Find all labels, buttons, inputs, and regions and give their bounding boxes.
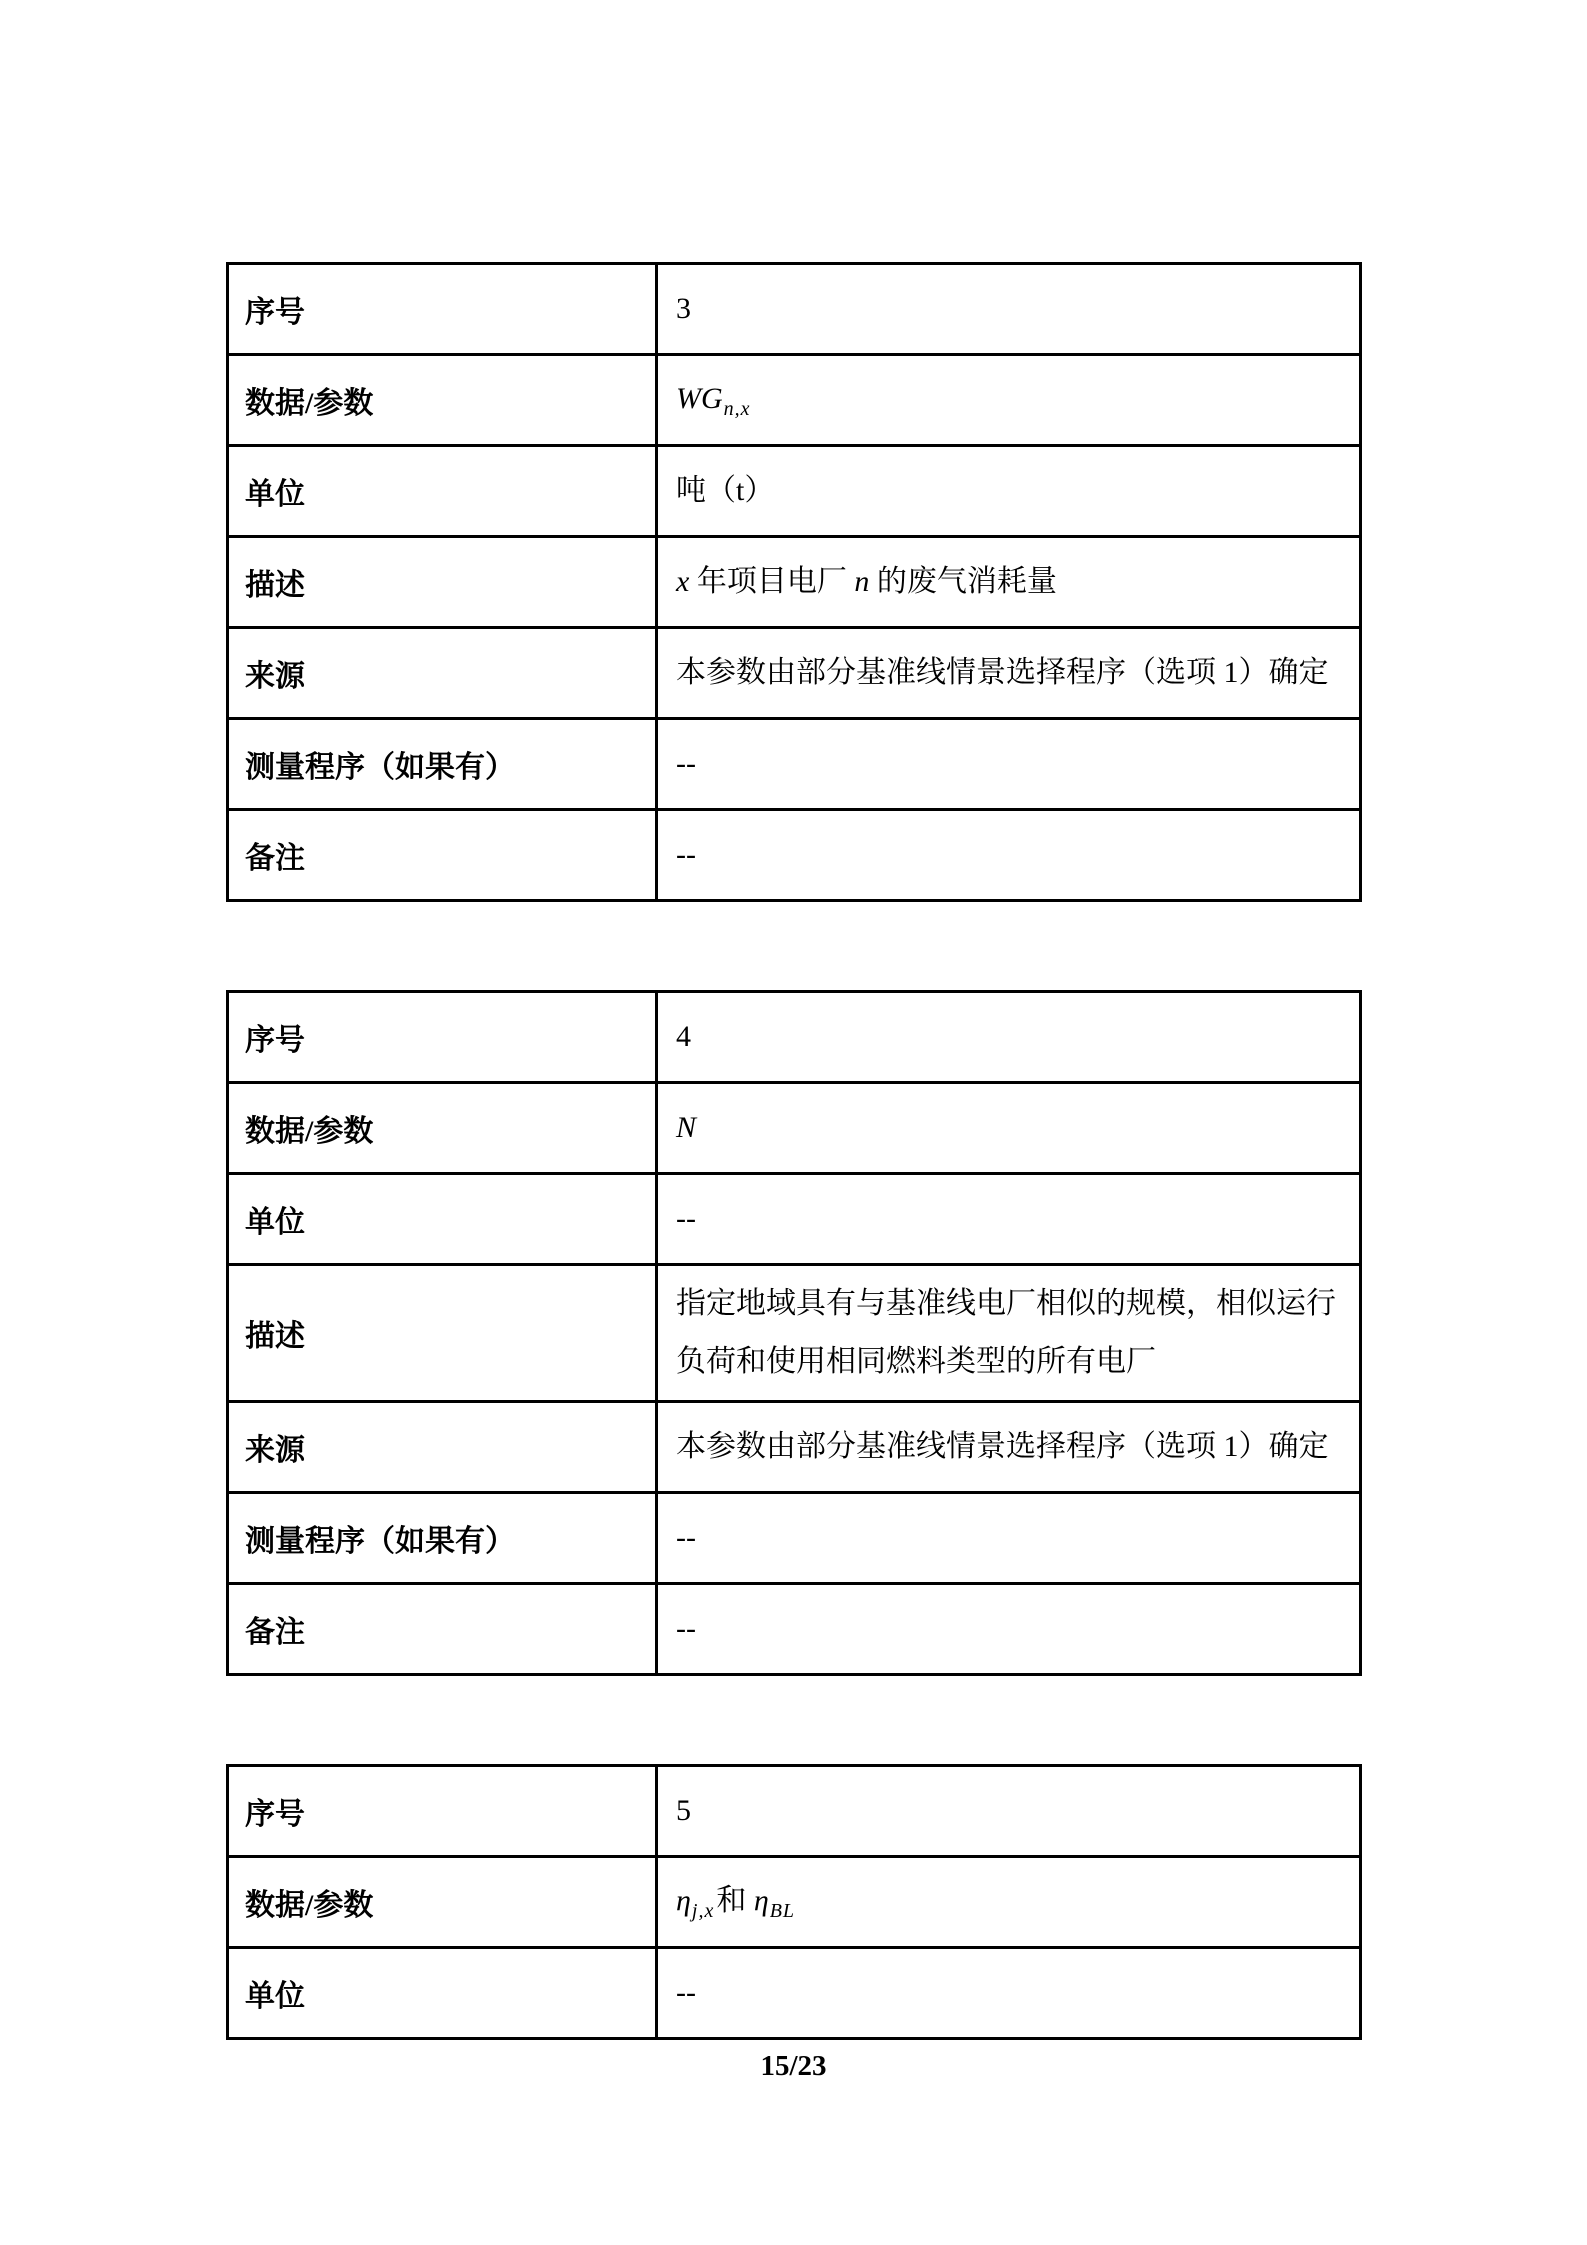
row-label: 来源 [228,1402,657,1493]
row-label: 来源 [228,628,657,719]
formula-variable: η [676,1884,691,1917]
table-row: 数据/参数WGn,x [228,355,1361,446]
page-number: 15/23 [0,2050,1587,2083]
document-page: 序号3数据/参数WGn,x单位吨（t）描述x 年项目电厂 n 的废气消耗量来源本… [0,0,1587,2245]
formula-variable: WG [676,382,723,415]
row-value: 5 [657,1766,1361,1857]
value-text: 吨（t） [676,474,774,507]
row-label: 序号 [228,1766,657,1857]
table-row: 单位-- [228,1174,1361,1265]
table-row: 测量程序（如果有）-- [228,719,1361,810]
table-row: 数据/参数ηj,x和 ηBL [228,1857,1361,1948]
table-row: 描述x 年项目电厂 n 的废气消耗量 [228,537,1361,628]
row-label: 序号 [228,992,657,1083]
value-text: 年项目电厂 [689,565,854,598]
value-text: 的废气消耗量 [869,565,1057,598]
row-value: 本参数由部分基准线情景选择程序（选项 1）确定 [657,1402,1361,1493]
value-text: -- [676,1612,696,1645]
row-value: 本参数由部分基准线情景选择程序（选项 1）确定 [657,628,1361,719]
value-text: 本参数由部分基准线情景选择程序（选项 1）确定 [676,1430,1329,1463]
value-text: 指定地域具有与基准线电厂相似的规模，相似运行负荷和使用相同燃料类型的所有电厂 [676,1287,1336,1378]
formula-variable: x [676,565,689,598]
table-row: 备注-- [228,810,1361,901]
formula-variable: n [854,565,869,598]
table-row: 备注-- [228,1584,1361,1675]
row-label: 描述 [228,1265,657,1402]
table-row: 来源本参数由部分基准线情景选择程序（选项 1）确定 [228,628,1361,719]
row-value: N [657,1083,1361,1174]
table-row: 序号5 [228,1766,1361,1857]
row-label: 备注 [228,1584,657,1675]
row-label: 数据/参数 [228,1083,657,1174]
table-row: 数据/参数N [228,1083,1361,1174]
row-value: -- [657,810,1361,901]
value-text: 本参数由部分基准线情景选择程序（选项 1）确定 [676,656,1329,689]
row-value: 4 [657,992,1361,1083]
row-label: 测量程序（如果有） [228,1493,657,1584]
value-text: 3 [676,292,691,325]
table-row: 测量程序（如果有）-- [228,1493,1361,1584]
value-text: -- [676,1521,696,1554]
row-label: 描述 [228,537,657,628]
value-text: 5 [676,1794,691,1827]
value-text: -- [676,838,696,871]
value-text: -- [676,1202,696,1235]
value-text: 和 [716,1884,754,1917]
row-label: 数据/参数 [228,1857,657,1948]
formula-subscript: BL [770,1900,795,1922]
row-value: -- [657,1174,1361,1265]
parameter-table-4: 序号4数据/参数N单位--描述指定地域具有与基准线电厂相似的规模，相似运行负荷和… [226,990,1362,1676]
row-value: WGn,x [657,355,1361,446]
row-value: -- [657,1493,1361,1584]
row-value: 3 [657,264,1361,355]
value-text: 4 [676,1020,691,1053]
formula-subscript: j,x [692,1900,714,1922]
parameter-table-3: 序号3数据/参数WGn,x单位吨（t）描述x 年项目电厂 n 的废气消耗量来源本… [226,262,1362,902]
table-row: 单位-- [228,1948,1361,2039]
row-value: x 年项目电厂 n 的废气消耗量 [657,537,1361,628]
table-row: 描述指定地域具有与基准线电厂相似的规模，相似运行负荷和使用相同燃料类型的所有电厂 [228,1265,1361,1402]
row-value: -- [657,1584,1361,1675]
row-value: 吨（t） [657,446,1361,537]
row-label: 数据/参数 [228,355,657,446]
formula-variable: η [754,1884,769,1917]
parameter-table-5: 序号5数据/参数ηj,x和 ηBL单位-- [226,1764,1362,2040]
row-value: -- [657,719,1361,810]
table-row: 单位吨（t） [228,446,1361,537]
row-label: 单位 [228,1948,657,2039]
row-label: 序号 [228,264,657,355]
row-label: 备注 [228,810,657,901]
row-label: 单位 [228,1174,657,1265]
table-row: 序号3 [228,264,1361,355]
table-row: 来源本参数由部分基准线情景选择程序（选项 1）确定 [228,1402,1361,1493]
row-label: 单位 [228,446,657,537]
row-label: 测量程序（如果有） [228,719,657,810]
formula-variable: N [676,1111,696,1144]
row-value: ηj,x和 ηBL [657,1857,1361,1948]
row-value: 指定地域具有与基准线电厂相似的规模，相似运行负荷和使用相同燃料类型的所有电厂 [657,1265,1361,1402]
formula-subscript: n,x [724,398,751,420]
value-text: -- [676,1976,696,2009]
row-value: -- [657,1948,1361,2039]
table-row: 序号4 [228,992,1361,1083]
value-text: -- [676,747,696,780]
